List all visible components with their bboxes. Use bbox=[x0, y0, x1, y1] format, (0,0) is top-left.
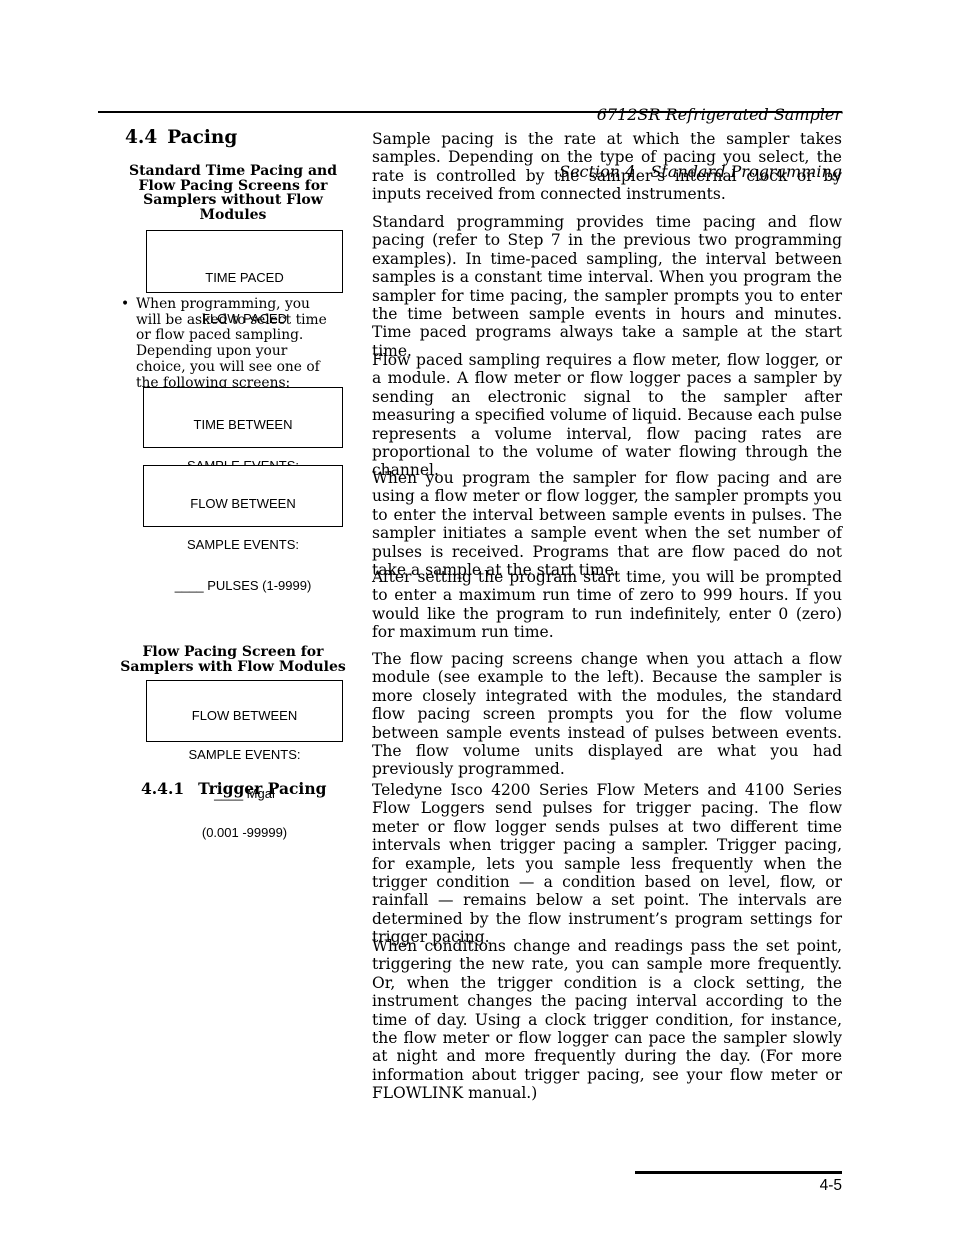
header-rule bbox=[98, 111, 842, 113]
bullet-note: • When programming, you will be asked to… bbox=[121, 297, 339, 391]
section-number: 4.4 bbox=[125, 127, 157, 148]
sidebar-heading-line: Flow Pacing Screen for bbox=[112, 645, 354, 660]
sidebar-flow-module-heading: Flow Pacing Screen for Samplers with Flo… bbox=[112, 645, 354, 675]
body-paragraph: Teledyne Isco 4200 Series Flow Meters an… bbox=[372, 781, 842, 947]
body-paragraph: After setting the program start time, yo… bbox=[372, 568, 842, 642]
document-page: 6712SR Refrigerated Sampler Section 4 St… bbox=[0, 0, 954, 1235]
subsection-number: 4.4.1 bbox=[141, 779, 184, 798]
body-paragraph: Sample pacing is the rate at which the s… bbox=[372, 130, 842, 204]
screen-line: FLOW BETWEEN bbox=[144, 497, 342, 511]
body-paragraph: When conditions change and readings pass… bbox=[372, 937, 842, 1103]
screen-line: SAMPLE EVENTS: bbox=[147, 748, 342, 761]
screen-line: ____ PULSES (1-9999) bbox=[144, 579, 342, 593]
screen-box-time-between: TIME BETWEEN SAMPLE EVENTS: __ HOURS, __… bbox=[143, 387, 343, 448]
screen-line: (0.001 -99999) bbox=[147, 826, 342, 839]
section-heading: 4.4Pacing bbox=[125, 127, 237, 148]
sidebar-screens-heading: Standard Time Pacing and Flow Pacing Scr… bbox=[118, 164, 348, 222]
subsection-heading: 4.4.1Trigger Pacing bbox=[141, 779, 326, 798]
sidebar-heading-line: Standard Time Pacing and bbox=[118, 164, 348, 179]
body-paragraph: Standard programming provides time pacin… bbox=[372, 213, 842, 360]
body-paragraph: Flow paced sampling requires a flow mete… bbox=[372, 351, 842, 480]
screen-line: FLOW BETWEEN bbox=[147, 709, 342, 722]
screen-box-time-flow: TIME PACED FLOW PACED bbox=[146, 230, 343, 293]
body-paragraph: When you program the sampler for flow pa… bbox=[372, 469, 842, 579]
sidebar-heading-line: Flow Pacing Screens for bbox=[118, 179, 348, 194]
screen-line: TIME BETWEEN bbox=[144, 418, 342, 432]
section-title: Pacing bbox=[167, 127, 237, 148]
header-title: 6712SR Refrigerated Sampler bbox=[98, 105, 842, 124]
page-number: 4-5 bbox=[635, 1177, 842, 1195]
screen-box-flow-module: FLOW BETWEEN SAMPLE EVENTS: ____ Mgal (0… bbox=[146, 680, 343, 742]
bullet-text: When programming, you will be asked to s… bbox=[136, 297, 339, 391]
sidebar-heading-line: Samplers with Flow Modules bbox=[112, 660, 354, 675]
sidebar-heading-line: Samplers without Flow bbox=[118, 193, 348, 208]
bullet-marker: • bbox=[121, 297, 136, 391]
screen-line: TIME PACED bbox=[147, 271, 342, 285]
screen-line: SAMPLE EVENTS: bbox=[144, 538, 342, 552]
subsection-title: Trigger Pacing bbox=[198, 779, 326, 798]
sidebar-heading-line: Modules bbox=[118, 208, 348, 223]
footer-rule bbox=[635, 1171, 842, 1174]
screen-box-flow-between: FLOW BETWEEN SAMPLE EVENTS: ____ PULSES … bbox=[143, 465, 343, 527]
body-paragraph: The flow pacing screens change when you … bbox=[372, 650, 842, 779]
